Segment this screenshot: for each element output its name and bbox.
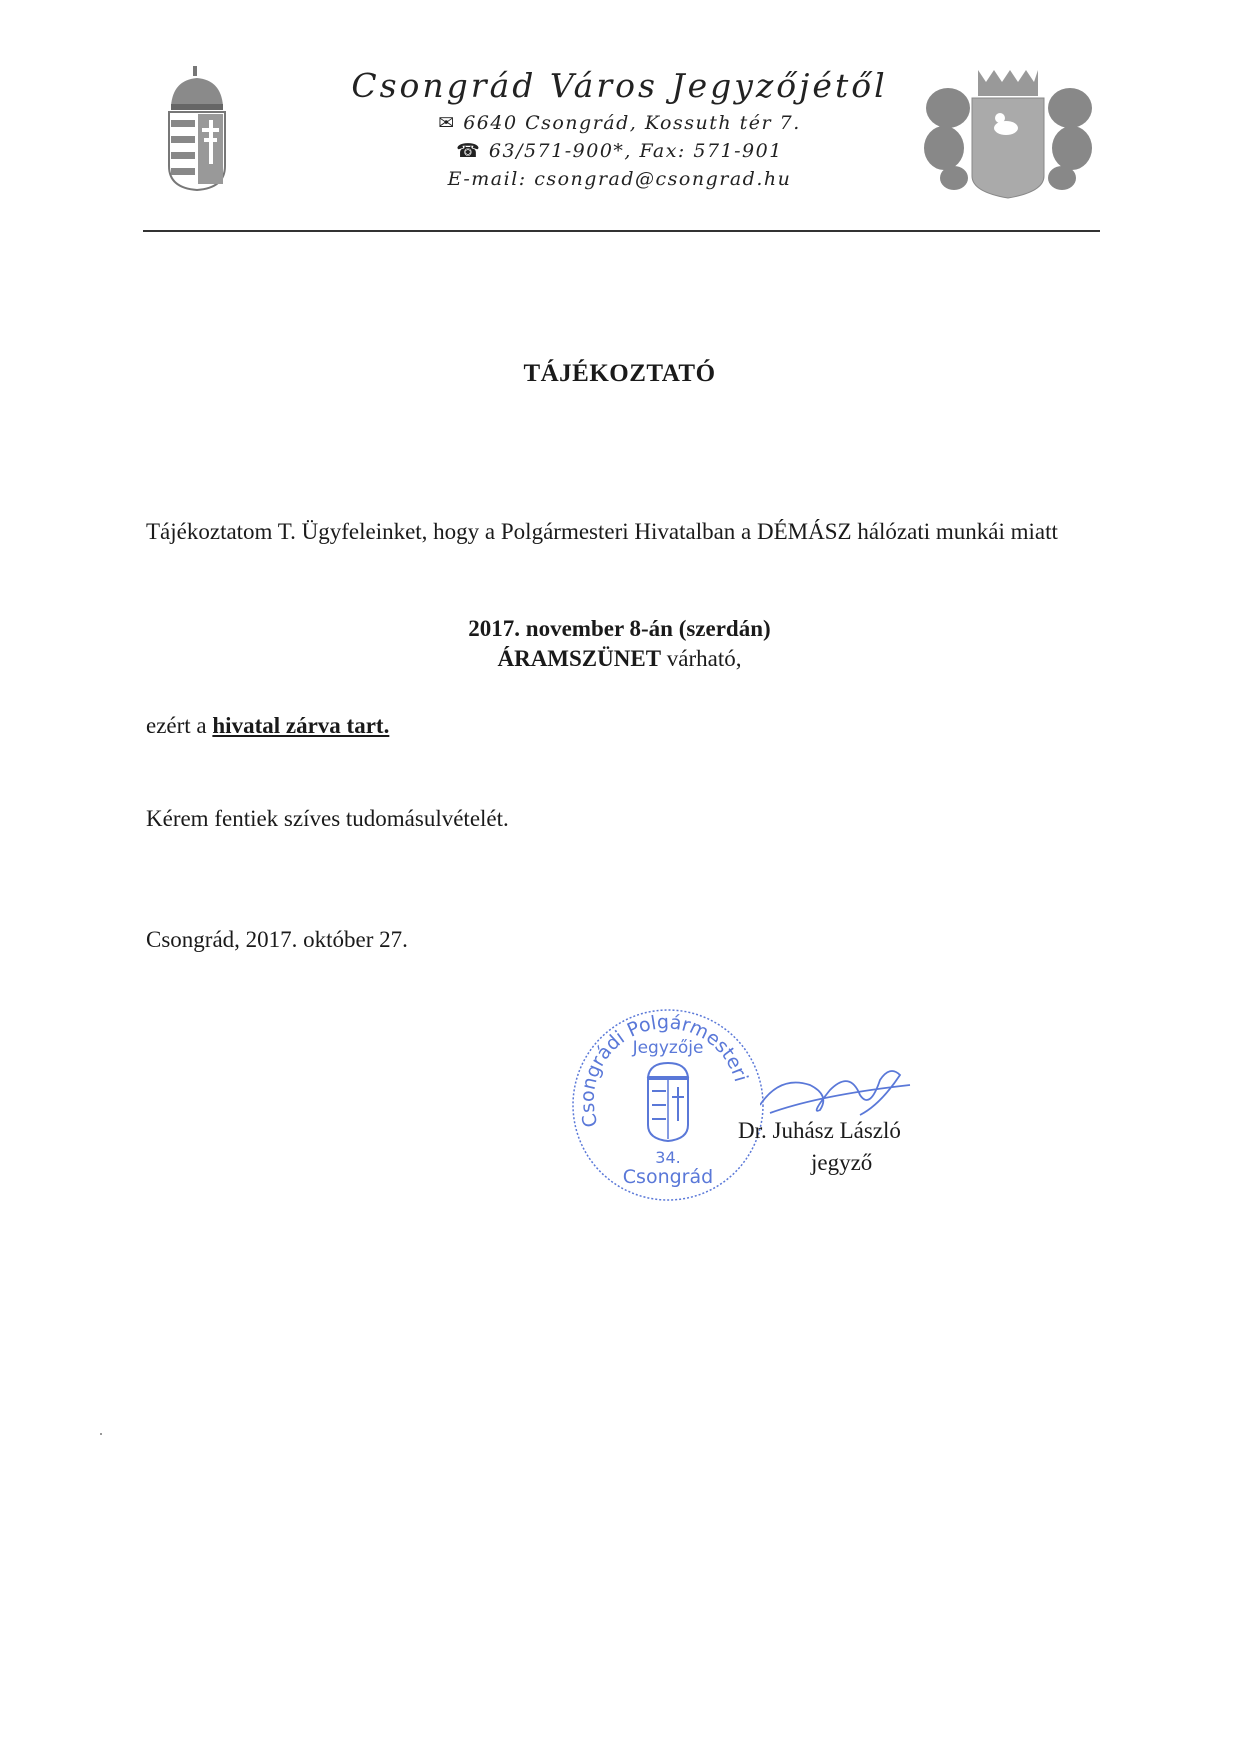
request-line: Kérem fentiek szíves tudomásulvételét.	[146, 803, 1098, 835]
intro-paragraph: Tájékoztatom T. Ügyfeleinket, hogy a Pol…	[146, 516, 1098, 548]
svg-text:34.: 34.	[655, 1148, 680, 1167]
envelope-icon: ✉	[438, 112, 455, 134]
signatory-name: Dr. Juhász László	[738, 1118, 901, 1144]
signatory-title: jegyző	[811, 1150, 872, 1176]
svg-text:Jegyzője: Jegyzője	[632, 1038, 704, 1058]
handwritten-signature	[760, 1055, 920, 1125]
scan-speck	[100, 1433, 102, 1435]
place-date: Csongrád, 2017. október 27.	[146, 924, 1098, 956]
stamp-coat-of-arms-icon	[648, 1063, 688, 1141]
csongrad-coat-of-arms-icon	[920, 68, 1096, 200]
outage-date: 2017. november 8-án (szerdán)	[0, 614, 1239, 644]
closure-notice: ezért a hivatal zárva tart.	[146, 710, 1098, 742]
letterhead-divider	[143, 230, 1100, 232]
telephone-icon: ☎	[456, 140, 481, 162]
outage-notice: ÁRAMSZÜNET várható,	[0, 644, 1239, 674]
svg-text:Csongrád: Csongrád	[623, 1166, 713, 1188]
official-stamp: Csongrádi Polgármesteri Hivatal Jegyzője…	[568, 1005, 768, 1205]
svg-text:Csongrádi Polgármesteri Hivata: Csongrádi Polgármesteri Hivatal	[568, 1005, 752, 1130]
document-heading: TÁJÉKOZTATÓ	[0, 360, 1239, 388]
